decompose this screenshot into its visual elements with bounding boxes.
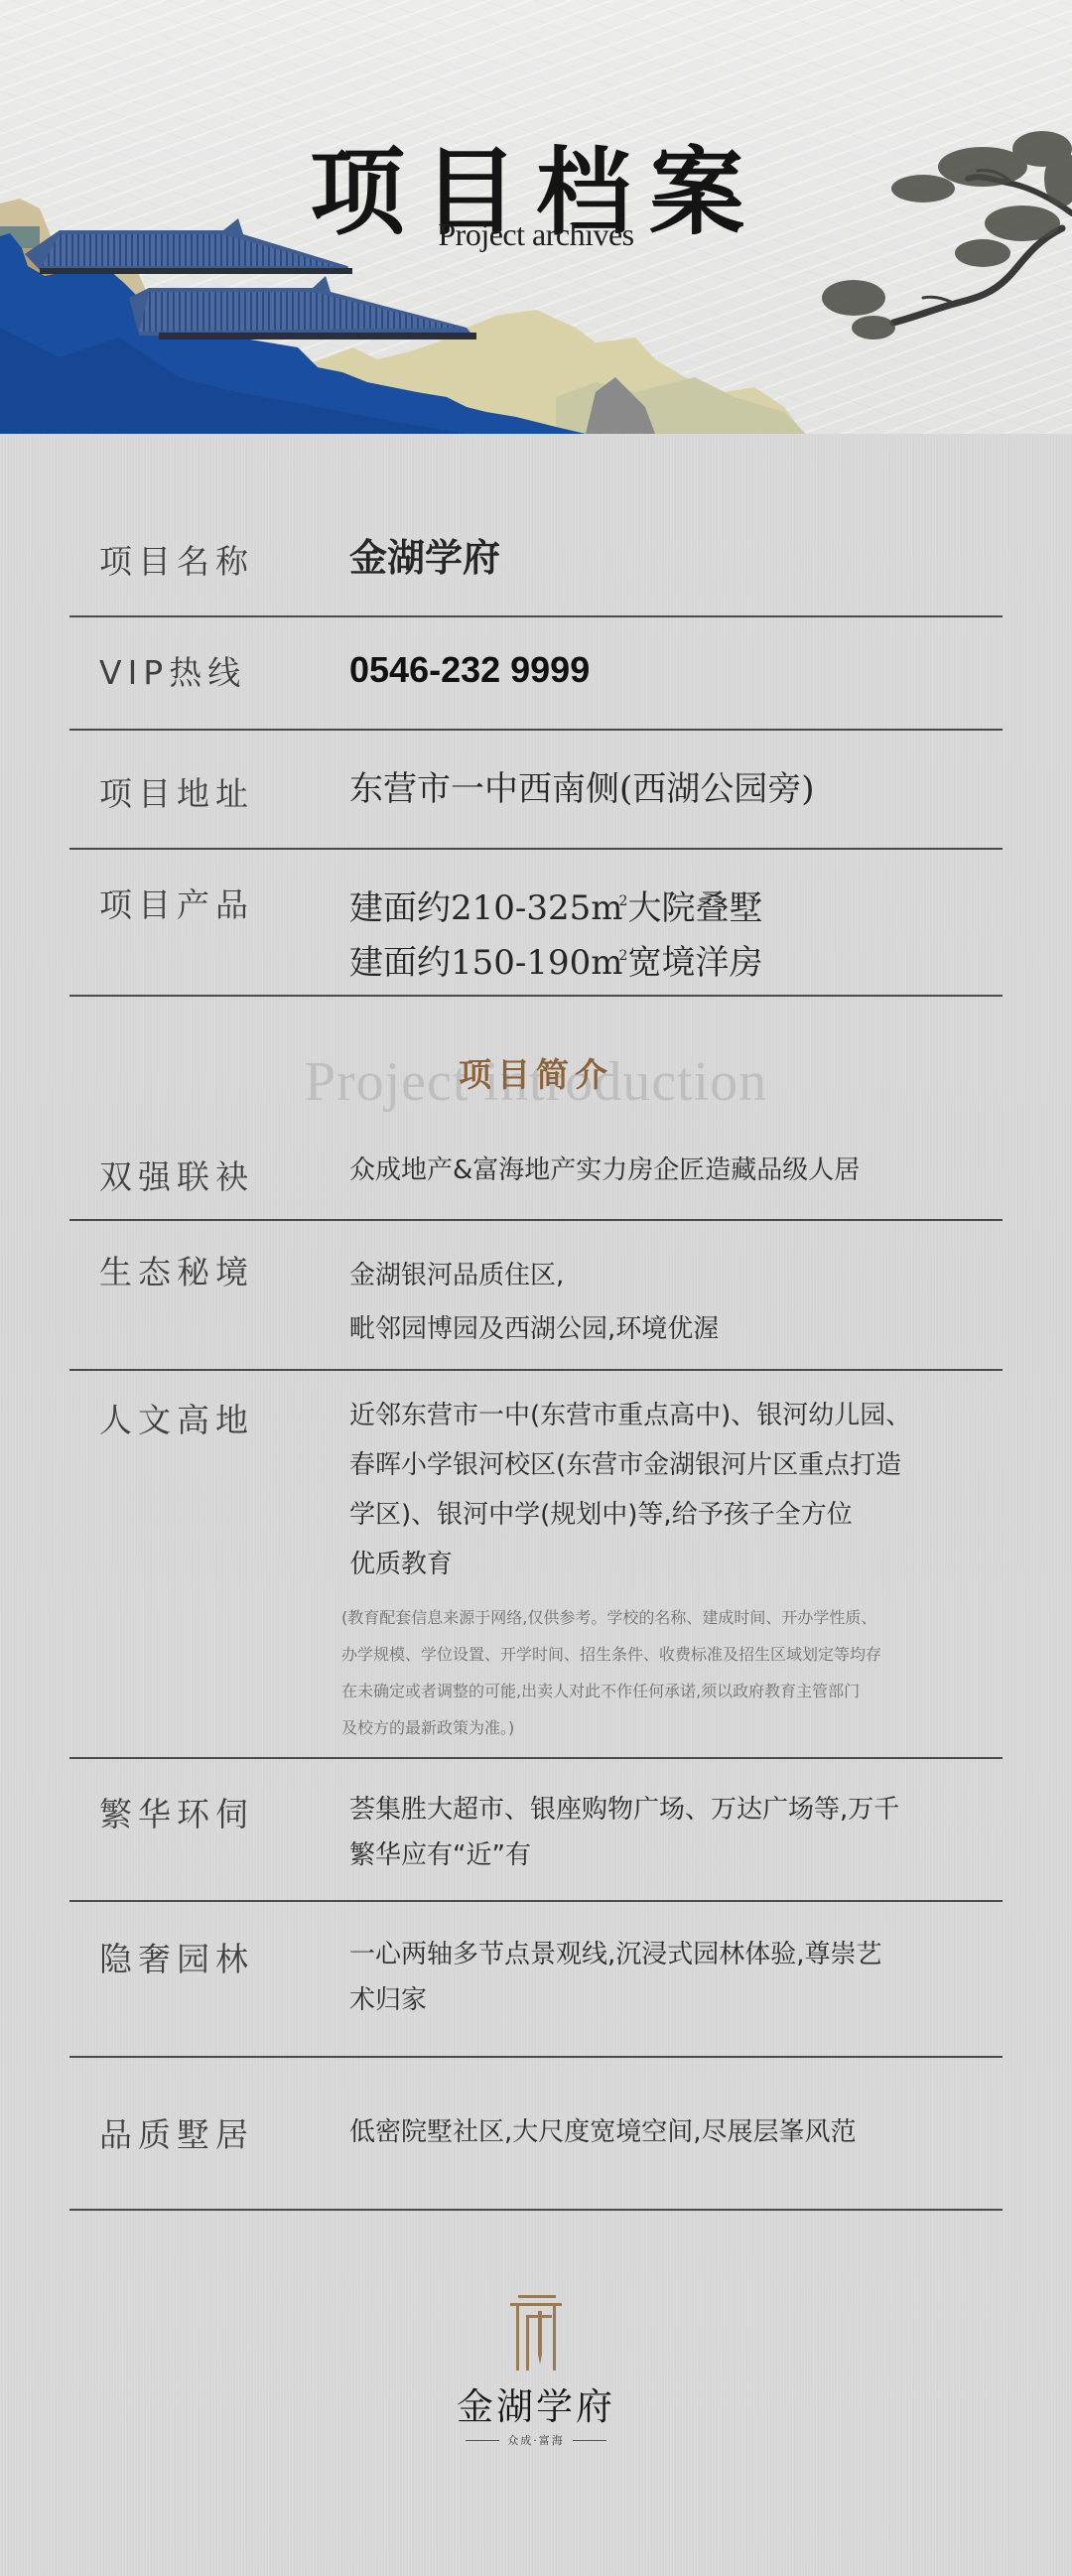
page-subtitle: Project archives <box>0 216 1072 253</box>
product-line: 建面约210-325m2大院叠墅 <box>349 878 762 932</box>
vip-hotline-value[interactable]: 0546-232 9999 <box>349 649 590 691</box>
disclaimer-line: 及校方的最新政策为准。) <box>341 1709 997 1746</box>
intro-value: 近邻东营市一中(东营市重点高中)、银河幼儿园、 春晖小学银河校区(东营市金湖银河… <box>349 1391 995 1746</box>
intro-row-villa: 品质墅居 低密院墅社区,大尺度宽境空间,尽展层峯风范 <box>69 2058 1003 2211</box>
info-row-vip-hotline: VIP热线 0546-232 9999 <box>69 617 1003 731</box>
intro-line: 春晖小学银河校区(东营市金湖银河片区重点打造 <box>349 1440 995 1490</box>
intro-row-ecology: 生态秘境 金湖银河品质住区, 毗邻园博园及西湖公园,环境优渥 <box>69 1221 1003 1371</box>
intro-label: 隐奢园林 <box>99 1934 254 1980</box>
info-row-project-name: 项目名称 金湖学府 <box>69 506 1003 617</box>
intro-label: 品质墅居 <box>99 2109 254 2156</box>
intro-line: 低密院墅社区,大尺度宽境空间,尽展层峯风范 <box>349 2107 995 2157</box>
intro-line: 一心两轴多节点景观线,沉浸式园林体验,尊崇艺 <box>349 1932 995 1977</box>
intro-row-commerce: 繁华环伺 荟集胜大超市、银座购物广场、万达广场等,万千 繁华应有“近”有 <box>69 1759 1003 1902</box>
product-line-prefix: 建面约150-190m <box>349 943 623 983</box>
info-label: VIP热线 <box>99 647 246 694</box>
intro-line: 近邻东营市一中(东营市重点高中)、银河幼儿园、 <box>349 1391 995 1440</box>
disclaimer-line: 办学规模、学位设置、开学时间、招生条件、收费标准及招生区域划定等均存 <box>341 1636 997 1673</box>
product-line-suffix: 大院叠墅 <box>627 888 762 928</box>
disclaimer-line: (教育配套信息来源于网络,仅供参考。学校的名称、建成时间、开办学性质、 <box>341 1599 997 1636</box>
intro-line: 优质教育 <box>349 1540 995 1589</box>
info-label: 项目名称 <box>99 536 254 583</box>
intro-value: 低密院墅社区,大尺度宽境空间,尽展层峯风范 <box>349 2107 995 2157</box>
info-label: 项目地址 <box>99 768 254 815</box>
intro-value: 众成地产&富海地产实力房企匠造藏品级人居 <box>349 1146 995 1195</box>
intro-label: 人文高地 <box>99 1395 254 1441</box>
intro-value: 金湖银河品质住区, 毗邻园博园及西湖公园,环境优渥 <box>349 1249 995 1356</box>
info-row-address: 项目地址 东营市一中西南侧(西湖公园旁) <box>69 731 1003 850</box>
address-value: 东营市一中西南侧(西湖公园旁) <box>349 765 815 813</box>
products-value: 建面约210-325m2大院叠墅 建面约150-190m2宽境洋房 <box>349 878 762 987</box>
product-line: 建面约150-190m2宽境洋房 <box>349 932 762 987</box>
logo-name: 金湖学府 <box>437 2376 635 2430</box>
intro-line: 荟集胜大超市、银座购物广场、万达广场等,万千 <box>349 1787 995 1832</box>
intro-label: 生态秘境 <box>99 1247 254 1293</box>
info-row-products: 项目产品 建面约210-325m2大院叠墅 建面约150-190m2宽境洋房 <box>69 850 1003 997</box>
brand-logo: 金湖学府 众成·富海 <box>437 2295 635 2448</box>
intro-line: 众成地产&富海地产实力房企匠造藏品级人居 <box>349 1146 995 1195</box>
logo-tagline: 众成·富海 <box>437 2432 635 2448</box>
intro-row-garden: 隐奢园林 一心两轴多节点景观线,沉浸式园林体验,尊崇艺 术归家 <box>69 1902 1003 2058</box>
intro-line: 毗邻园博园及西湖公园,环境优渥 <box>349 1302 995 1356</box>
product-line-prefix: 建面约210-325m <box>349 888 623 928</box>
gate-brush-icon <box>508 2295 564 2371</box>
intro-row-education: 人文高地 近邻东营市一中(东营市重点高中)、银河幼儿园、 春晖小学银河校区(东营… <box>69 1371 1003 1759</box>
intro-line: 金湖银河品质住区, <box>349 1249 995 1302</box>
info-label: 项目产品 <box>99 880 254 926</box>
intro-value: 荟集胜大超市、银座购物广场、万达广场等,万千 繁华应有“近”有 <box>349 1787 995 1878</box>
intro-line: 繁华应有“近”有 <box>349 1832 995 1878</box>
intro-label: 繁华环伺 <box>99 1789 254 1835</box>
disclaimer-line: 在未确定或者调整的可能,出卖人对此不作任何承诺,须以政府教育主管部门 <box>341 1673 997 1709</box>
intro-value: 一心两轴多节点景观线,沉浸式园林体验,尊崇艺 术归家 <box>349 1932 995 2023</box>
intro-line: 术归家 <box>349 1977 995 2023</box>
logo-tagline-text: 众成·富海 <box>507 2432 565 2448</box>
divider <box>573 2440 606 2441</box>
intro-label: 双强联袂 <box>99 1152 254 1198</box>
divider <box>466 2440 499 2441</box>
intro-row-partnership: 双强联袂 众成地产&富海地产实力房企匠造藏品级人居 <box>69 1122 1003 1221</box>
intro-title: 项目简介 <box>0 1049 1072 1096</box>
education-disclaimer: (教育配套信息来源于网络,仅供参考。学校的名称、建成时间、开办学性质、 办学规模… <box>341 1599 997 1746</box>
product-line-suffix: 宽境洋房 <box>627 943 762 983</box>
intro-line: 学区)、银河中学(规划中)等,给予孩子全方位 <box>349 1490 995 1540</box>
project-name-value: 金湖学府 <box>349 534 500 582</box>
header-banner: 项目档案 Project archives <box>0 0 1072 434</box>
